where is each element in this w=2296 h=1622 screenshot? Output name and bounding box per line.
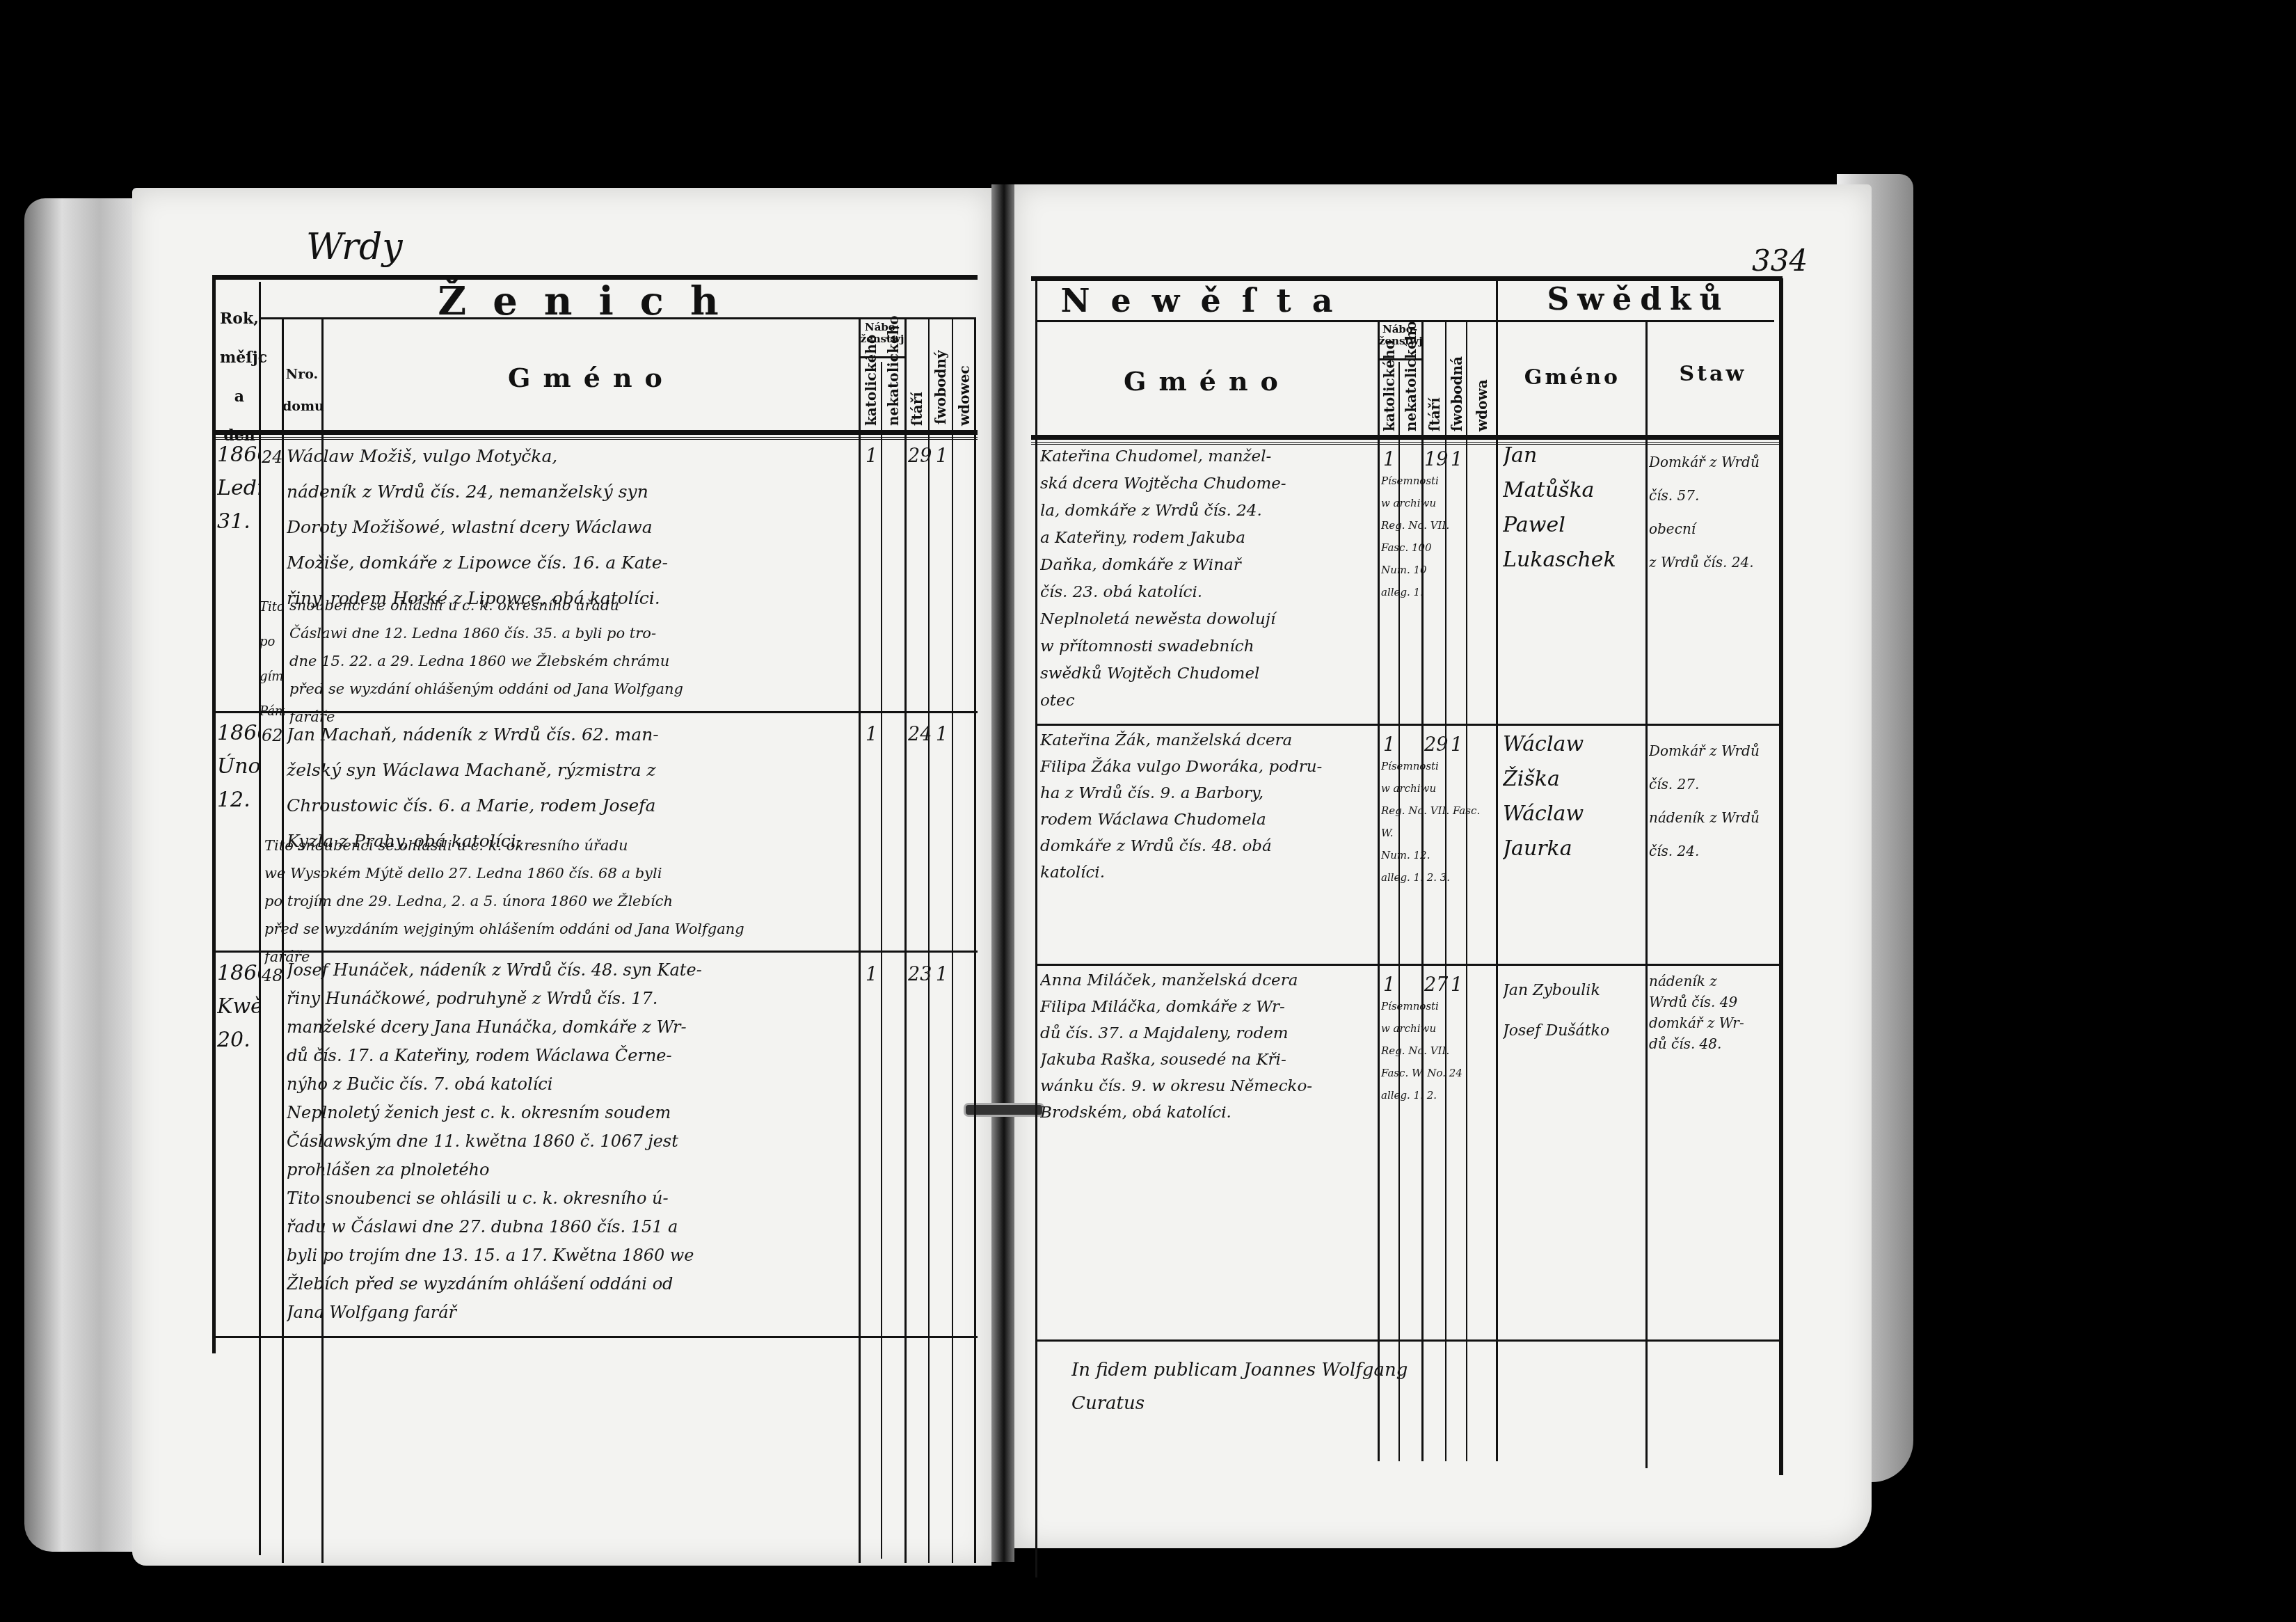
entry-2-notes: Tito snoubenci se ohlásili u c. k. okres… [264,832,856,971]
entry-1-age: 29 [908,438,932,474]
header-date-line-2: měſjc [220,338,259,377]
entry-2-archive-note: Písemnosti w archiwu Reg. No. VII. Fasc.… [1381,755,1492,889]
header-date-line-3: a [220,377,259,416]
entry-2-age: 24 [908,717,932,752]
entry-3-date: 1860 Kwětna 20. [217,957,259,1057]
entry-1-archive-note: Písemnosti w archiwu Reg. No. VII. Fasc.… [1381,470,1492,603]
header-groom-title: Ženich [327,278,856,324]
header-witness-status: Staw [1648,362,1778,386]
entry-1-margin-note: Tito po gím Páni [260,590,285,729]
entry-1-date: 1860 Ledna 31. [217,438,259,539]
header-bride-name: Gméno [1040,365,1374,397]
header-date-line-1: Rok, [220,299,259,338]
entry-2-catholic: 1 [866,717,877,752]
entry-3-witness-names: Jan Zyboulik Josef Dušátko [1503,971,1642,1051]
entry-2-house: 62. [262,718,284,754]
entry-2-date: 1860 Února 12. [217,717,259,817]
entry-1-bride: Kateřina Chudomel, manžel- ská dcera Woj… [1040,443,1378,715]
book-gutter [991,184,1014,1562]
header-bride-catholic: katolického [1381,365,1398,431]
entry-2-witness-names: Wáclaw Žiška Wáclaw Jaurka [1503,727,1642,866]
header-single: ſwobodný [932,355,949,424]
entry-2-witness-status: Domkář z Wrdů čís. 27. nádeník z Wrdů čí… [1649,734,1778,868]
entry-1-single: 1 [936,438,948,474]
entry-1-house: 24. [262,440,284,475]
page-number: 334 [1752,244,1808,278]
header-house-line-2: domu [282,390,321,422]
entry-3-witness-status: nádeník z Wrdů čís. 49 domkář z Wr- dů č… [1649,971,1778,1054]
entry-3-single: 1 [936,957,948,992]
header-bride-age: ſtáří [1426,397,1443,431]
header-bride-title: Newěſta [1040,282,1374,319]
entry-3-catholic: 1 [866,957,877,992]
entry-1-notes: snoubenci se ohlásili u c. k. okresního … [289,591,856,731]
header-house-number: Nro. domu [282,358,321,422]
entry-3-groom: Josef Hunáček, nádeník z Wrdů čís. 48. s… [287,956,857,1327]
entry-2-single: 1 [936,717,948,752]
header-non-catholic: nekatolického [885,362,902,426]
header-age: ſtáří [909,390,925,426]
entry-3-age: 23 [908,957,932,992]
header-witnesses-title: Swědků [1499,282,1778,317]
entry-2-bride: Kateřina Žák, manželská dcera Filipa Žák… [1040,727,1378,886]
entry-1-witness-status: Domkář z Wrdů čís. 57. obecní z Wrdů čís… [1649,445,1778,579]
entry-3-bride: Anna Miláček, manželská dcera Filipa Mil… [1040,967,1378,1126]
entry-3-archive-note: Písemnosti w archiwu Reg. No. VII. Fasc.… [1381,995,1492,1106]
entry-1-groom: Wáclaw Možiš, vulgo Motyčka, nádeník z W… [287,438,857,616]
entry-1-witness-names: Jan Matůška Pawel Lukaschek [1503,438,1642,578]
header-house-line-1: Nro. [282,358,321,390]
place-heading: Wrdy [306,226,403,268]
header-bride-single: ſwobodná [1449,365,1465,431]
header-witness-name: Gméno [1499,365,1645,390]
header-catholic: katolického [863,362,879,426]
left-page-edges [24,198,150,1552]
entry-3-house: 48 [262,958,284,994]
entry-1-catholic: 1 [866,438,877,474]
header-bride-non-catholic: nekatolického [1403,365,1419,431]
header-bride-widow: wdowa [1474,379,1490,431]
header-widower: wdowec [956,362,973,426]
header-groom-name: Gméno [327,362,856,393]
header-date-column: Rok, měſjc a den [220,299,259,455]
closing-attestation: In fidem publicam Joannes Wolfgang Curat… [1071,1353,1489,1420]
